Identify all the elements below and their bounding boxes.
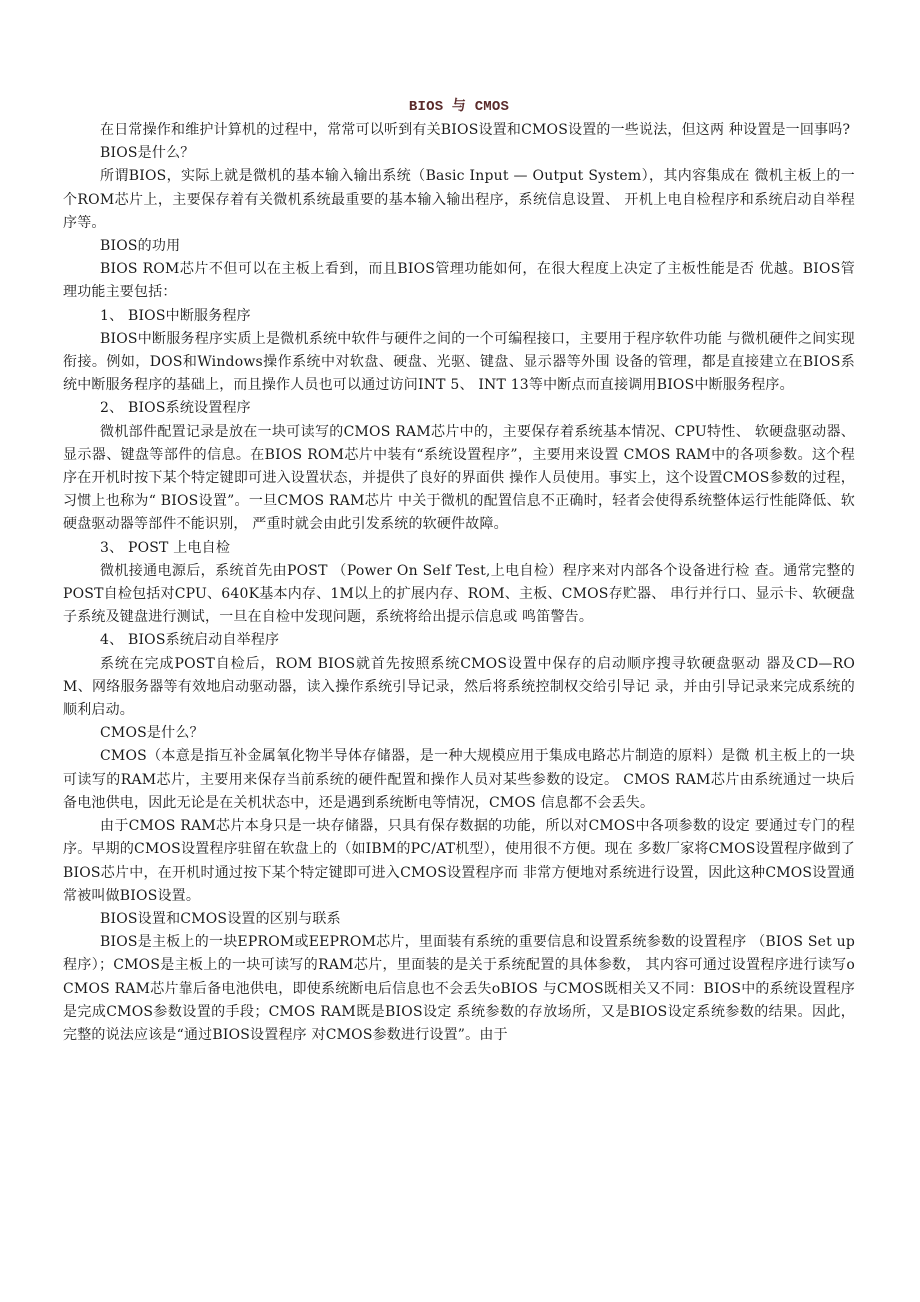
heading-difference: BIOS设置和CMOS设置的区别与联系 — [63, 908, 855, 931]
paragraph-bios-definition: 所谓BIOS，实际上就是微机的基本输入输出系统（Basic Input — Ou… — [63, 165, 855, 235]
paragraph-post: 微机接通电源后，系统首先由POST （Power On Self Test,上电… — [63, 560, 855, 630]
paragraph-bios-functions-intro: BIOS ROM芯片不但可以在主板上看到，而且BIOS管理功能如何，在很大程度上… — [63, 258, 855, 304]
heading-what-is-bios: BIOS是什么？ — [63, 142, 855, 165]
heading-bootstrap: 4、 BIOS系统启动自举程序 — [63, 629, 855, 652]
heading-bios-functions: BIOS的功用 — [63, 235, 855, 258]
heading-setup-program: 2、 BIOS系统设置程序 — [63, 397, 855, 420]
heading-interrupt-service: 1、 BIOS中断服务程序 — [63, 305, 855, 328]
paragraph-intro: 在日常操作和维护计算机的过程中，常常可以听到有关BIOS设置和CMOS设置的一些… — [63, 119, 855, 142]
document-page: BIOS 与 CMOS 在日常操作和维护计算机的过程中，常常可以听到有关BIOS… — [63, 96, 855, 1047]
paragraph-cmos-setup: 由于CMOS RAM芯片本身只是一块存储器，只具有保存数据的功能，所以对CMOS… — [63, 815, 855, 908]
paragraph-setup-program: 微机部件配置记录是放在一块可读写的CMOS RAM芯片中的，主要保存着系统基本情… — [63, 421, 855, 537]
heading-what-is-cmos: CMOS是什么？ — [63, 722, 855, 745]
paragraph-cmos-definition: CMOS（本意是指互补金属氧化物半导体存储器，是一种大规模应用于集成电路芯片制造… — [63, 745, 855, 815]
paragraph-difference: BIOS是主板上的一块EPROM或EEPROM芯片，里面装有系统的重要信息和设置… — [63, 931, 855, 1047]
paragraph-bootstrap: 系统在完成POST自检后，ROM BIOS就首先按照系统CMOS设置中保存的启动… — [63, 653, 855, 723]
paragraph-interrupt-service: BIOS中断服务程序实质上是微机系统中软件与硬件之间的一个可编程接口，主要用于程… — [63, 328, 855, 398]
heading-post: 3、 POST 上电自检 — [63, 537, 855, 560]
document-title: BIOS 与 CMOS — [63, 96, 855, 119]
